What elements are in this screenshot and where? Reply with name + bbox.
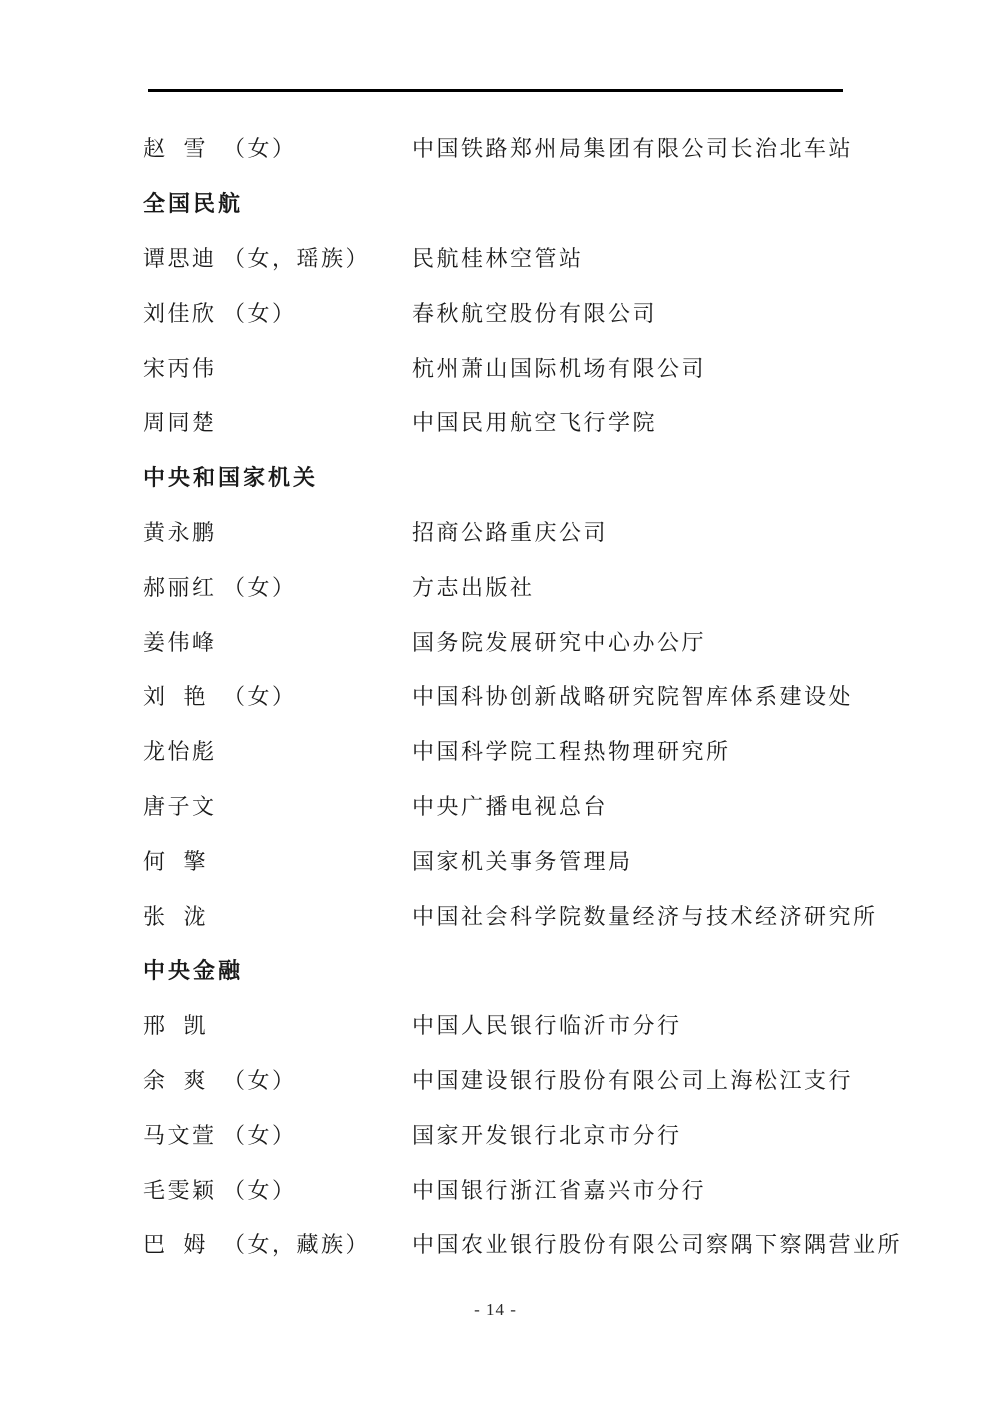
person-name: 巴 姆 [143, 1234, 223, 1256]
person-name-block: 张 泷 [143, 906, 412, 928]
list-item-person: 赵 雪 （女） 中国铁路郑州局集团有限公司长治北车站 [143, 122, 933, 177]
gender-ethnicity-annotation: （女） [223, 577, 297, 599]
document-page: 赵 雪 （女） 中国铁路郑州局集团有限公司长治北车站 全国民航 谭思迪 （女，瑶… [0, 0, 991, 1403]
section-title: 中央金融 [143, 960, 243, 982]
header-rule [148, 89, 843, 92]
organization-name: 中国铁路郑州局集团有限公司长治北车站 [412, 138, 853, 160]
award-recipient-list: 赵 雪 （女） 中国铁路郑州局集团有限公司长治北车站 全国民航 谭思迪 （女，瑶… [143, 122, 933, 1273]
organization-name: 中国科学院工程热物理研究所 [412, 741, 731, 763]
organization-name: 中央广播电视总台 [412, 796, 608, 818]
list-item-person: 姜伟峰 国务院发展研究中心办公厅 [143, 615, 933, 670]
list-item-person: 郝丽红 （女） 方志出版社 [143, 560, 933, 615]
person-name: 赵 雪 [143, 138, 223, 160]
list-item-person: 巴 姆 （女，藏族） 中国农业银行股份有限公司察隅下察隅营业所 [143, 1218, 933, 1273]
organization-name: 中国人民银行临沂市分行 [412, 1015, 682, 1037]
list-item-person: 谭思迪 （女，瑶族） 民航桂林空管站 [143, 232, 933, 287]
organization-name: 国家开发银行北京市分行 [412, 1125, 682, 1147]
person-name: 毛雯颖 [143, 1180, 223, 1202]
person-name: 张 泷 [143, 906, 223, 928]
organization-name: 中国科协创新战略研究院智库体系建设处 [412, 686, 853, 708]
list-item-person: 刘 艳 （女） 中国科协创新战略研究院智库体系建设处 [143, 670, 933, 725]
organization-name: 国务院发展研究中心办公厅 [412, 632, 706, 654]
person-name-block: 唐子文 [143, 796, 412, 818]
person-name-block: 郝丽红 （女） [143, 577, 412, 599]
person-name-block: 刘 艳 （女） [143, 686, 412, 708]
person-name: 周同楚 [143, 412, 223, 434]
gender-ethnicity-annotation: （女） [223, 1180, 297, 1202]
person-name: 刘佳欣 [143, 303, 223, 325]
person-name: 姜伟峰 [143, 632, 223, 654]
organization-name: 中国农业银行股份有限公司察隅下察隅营业所 [412, 1234, 902, 1256]
gender-ethnicity-annotation: （女） [223, 303, 297, 325]
section-title: 全国民航 [143, 193, 243, 215]
section-heading: 全国民航 [143, 177, 933, 232]
person-name-block: 马文萱 （女） [143, 1125, 412, 1147]
person-name-block: 何 擎 [143, 851, 412, 873]
person-name-block: 余 爽 （女） [143, 1070, 412, 1092]
list-item-person: 周同楚 中国民用航空飞行学院 [143, 396, 933, 451]
person-name-block: 毛雯颖 （女） [143, 1180, 412, 1202]
section-title: 中央和国家机关 [143, 467, 318, 489]
person-name-block: 龙怡彪 [143, 741, 412, 763]
person-name: 黄永鹏 [143, 522, 223, 544]
gender-ethnicity-annotation: （女） [223, 138, 297, 160]
page-number: - 14 - [0, 1300, 991, 1320]
person-name: 郝丽红 [143, 577, 223, 599]
list-item-person: 黄永鹏 招商公路重庆公司 [143, 506, 933, 561]
list-item-person: 余 爽 （女） 中国建设银行股份有限公司上海松江支行 [143, 1054, 933, 1109]
person-name-block: 巴 姆 （女，藏族） [143, 1234, 412, 1256]
person-name-block: 黄永鹏 [143, 522, 412, 544]
person-name: 龙怡彪 [143, 741, 223, 763]
person-name-block: 谭思迪 （女，瑶族） [143, 248, 412, 270]
gender-ethnicity-annotation: （女） [223, 1070, 297, 1092]
person-name-block: 邢 凯 [143, 1015, 412, 1037]
person-name: 何 擎 [143, 851, 223, 873]
person-name-block: 刘佳欣 （女） [143, 303, 412, 325]
organization-name: 国家机关事务管理局 [412, 851, 633, 873]
organization-name: 春秋航空股份有限公司 [412, 303, 657, 325]
section-heading: 中央和国家机关 [143, 451, 933, 506]
organization-name: 中国建设银行股份有限公司上海松江支行 [412, 1070, 853, 1092]
person-name: 刘 艳 [143, 686, 223, 708]
person-name: 宋丙伟 [143, 358, 223, 380]
gender-ethnicity-annotation: （女，瑶族） [223, 248, 370, 270]
person-name-block: 周同楚 [143, 412, 412, 434]
person-name: 马文萱 [143, 1125, 223, 1147]
list-item-person: 毛雯颖 （女） 中国银行浙江省嘉兴市分行 [143, 1163, 933, 1218]
organization-name: 中国社会科学院数量经济与技术经济研究所 [412, 906, 878, 928]
person-name-block: 姜伟峰 [143, 632, 412, 654]
list-item-person: 刘佳欣 （女） 春秋航空股份有限公司 [143, 286, 933, 341]
list-item-person: 张 泷 中国社会科学院数量经济与技术经济研究所 [143, 889, 933, 944]
list-item-person: 宋丙伟 杭州萧山国际机场有限公司 [143, 341, 933, 396]
organization-name: 中国银行浙江省嘉兴市分行 [412, 1180, 706, 1202]
person-name: 邢 凯 [143, 1015, 223, 1037]
person-name: 余 爽 [143, 1070, 223, 1092]
list-item-person: 龙怡彪 中国科学院工程热物理研究所 [143, 725, 933, 780]
person-name-block: 宋丙伟 [143, 358, 412, 380]
list-item-person: 马文萱 （女） 国家开发银行北京市分行 [143, 1108, 933, 1163]
organization-name: 招商公路重庆公司 [412, 522, 608, 544]
organization-name: 民航桂林空管站 [412, 248, 584, 270]
organization-name: 中国民用航空飞行学院 [412, 412, 657, 434]
gender-ethnicity-annotation: （女） [223, 1125, 297, 1147]
gender-ethnicity-annotation: （女） [223, 686, 297, 708]
list-item-person: 邢 凯 中国人民银行临沂市分行 [143, 999, 933, 1054]
section-heading: 中央金融 [143, 944, 933, 999]
gender-ethnicity-annotation: （女，藏族） [223, 1234, 370, 1256]
person-name: 唐子文 [143, 796, 223, 818]
organization-name: 杭州萧山国际机场有限公司 [412, 358, 706, 380]
person-name: 谭思迪 [143, 248, 223, 270]
organization-name: 方志出版社 [412, 577, 535, 599]
list-item-person: 何 擎 国家机关事务管理局 [143, 834, 933, 889]
person-name-block: 赵 雪 （女） [143, 138, 412, 160]
list-item-person: 唐子文 中央广播电视总台 [143, 780, 933, 835]
